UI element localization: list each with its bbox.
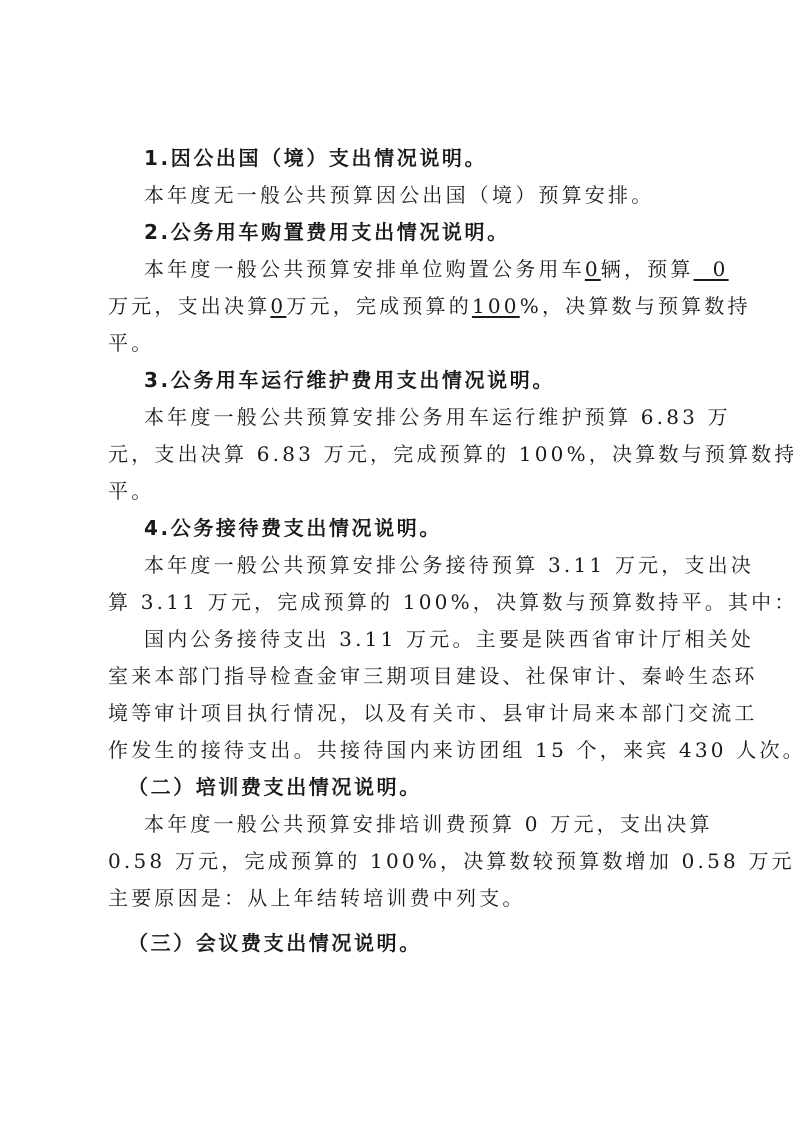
final-value: 0 <box>270 294 286 318</box>
section-heading-vehicle-purchase: 2.公务用车购置费用支出情况说明。 <box>108 214 702 251</box>
completion-percent-value: 100 <box>472 294 520 318</box>
text-fragment: 本年度一般公共预算安排单位购置公务用车 <box>144 257 585 281</box>
text-fragment: 辆，预算 <box>601 257 694 281</box>
paragraph-line: 0.58 万元，完成预算的 100%，决算数较预算数增加 0.58 万元， <box>108 843 702 880</box>
vehicle-count-value: 0 <box>585 257 601 281</box>
text-fragment: 万元，完成预算的 <box>286 294 472 318</box>
paragraph-line: 平。 <box>108 325 702 362</box>
section-heading-reception: 4.公务接待费支出情况说明。 <box>108 510 702 547</box>
section-heading-meetings: （三）会议费支出情况说明。 <box>108 925 702 962</box>
section-heading-vehicle-maintenance: 3.公务用车运行维护费用支出情况说明。 <box>108 362 702 399</box>
paragraph-line: 本年度一般公共预算安排培训费预算 0 万元，支出决算 <box>108 806 702 843</box>
paragraph-line: 作发生的接待支出。共接待国内来访团组 15 个，来宾 430 人次。 <box>108 732 702 769</box>
spacer <box>108 917 702 925</box>
text-fragment: %，决算数与预算数持 <box>520 294 751 318</box>
paragraph-line: 室来本部门指导检查金审三期项目建设、社保审计、秦岭生态环 <box>108 658 702 695</box>
paragraph-line: 算 3.11 万元，完成预算的 100%，决算数与预算数持平。其中： <box>108 584 702 621</box>
paragraph-line: 元，支出决算 6.83 万元，完成预算的 100%，决算数与预算数持 <box>108 436 702 473</box>
paragraph-line: 本年度无一般公共预算因公出国（境）预算安排。 <box>108 177 702 214</box>
paragraph-line: 本年度一般公共预算安排公务接待预算 3.11 万元，支出决 <box>108 547 702 584</box>
paragraph-line: 国内公务接待支出 3.11 万元。主要是陕西省审计厅相关处 <box>108 621 702 658</box>
paragraph-line: 平。 <box>108 473 702 510</box>
paragraph-line: 本年度一般公共预算安排单位购置公务用车0辆，预算 0 <box>108 251 702 288</box>
section-heading-training: （二）培训费支出情况说明。 <box>108 769 702 806</box>
budget-value: 0 <box>694 257 729 281</box>
paragraph-line: 主要原因是：从上年结转培训费中列支。 <box>108 880 702 917</box>
text-fragment: 万元，支出决算 <box>108 294 270 318</box>
paragraph-line: 万元，支出决算0万元，完成预算的100%，决算数与预算数持 <box>108 288 702 325</box>
section-heading-overseas-travel: 1.因公出国（境）支出情况说明。 <box>108 140 702 177</box>
document-page: 1.因公出国（境）支出情况说明。 本年度无一般公共预算因公出国（境）预算安排。 … <box>108 140 702 962</box>
paragraph-line: 本年度一般公共预算安排公务用车运行维护预算 6.83 万 <box>108 399 702 436</box>
paragraph-line: 境等审计项目执行情况，以及有关市、县审计局来本部门交流工 <box>108 695 702 732</box>
